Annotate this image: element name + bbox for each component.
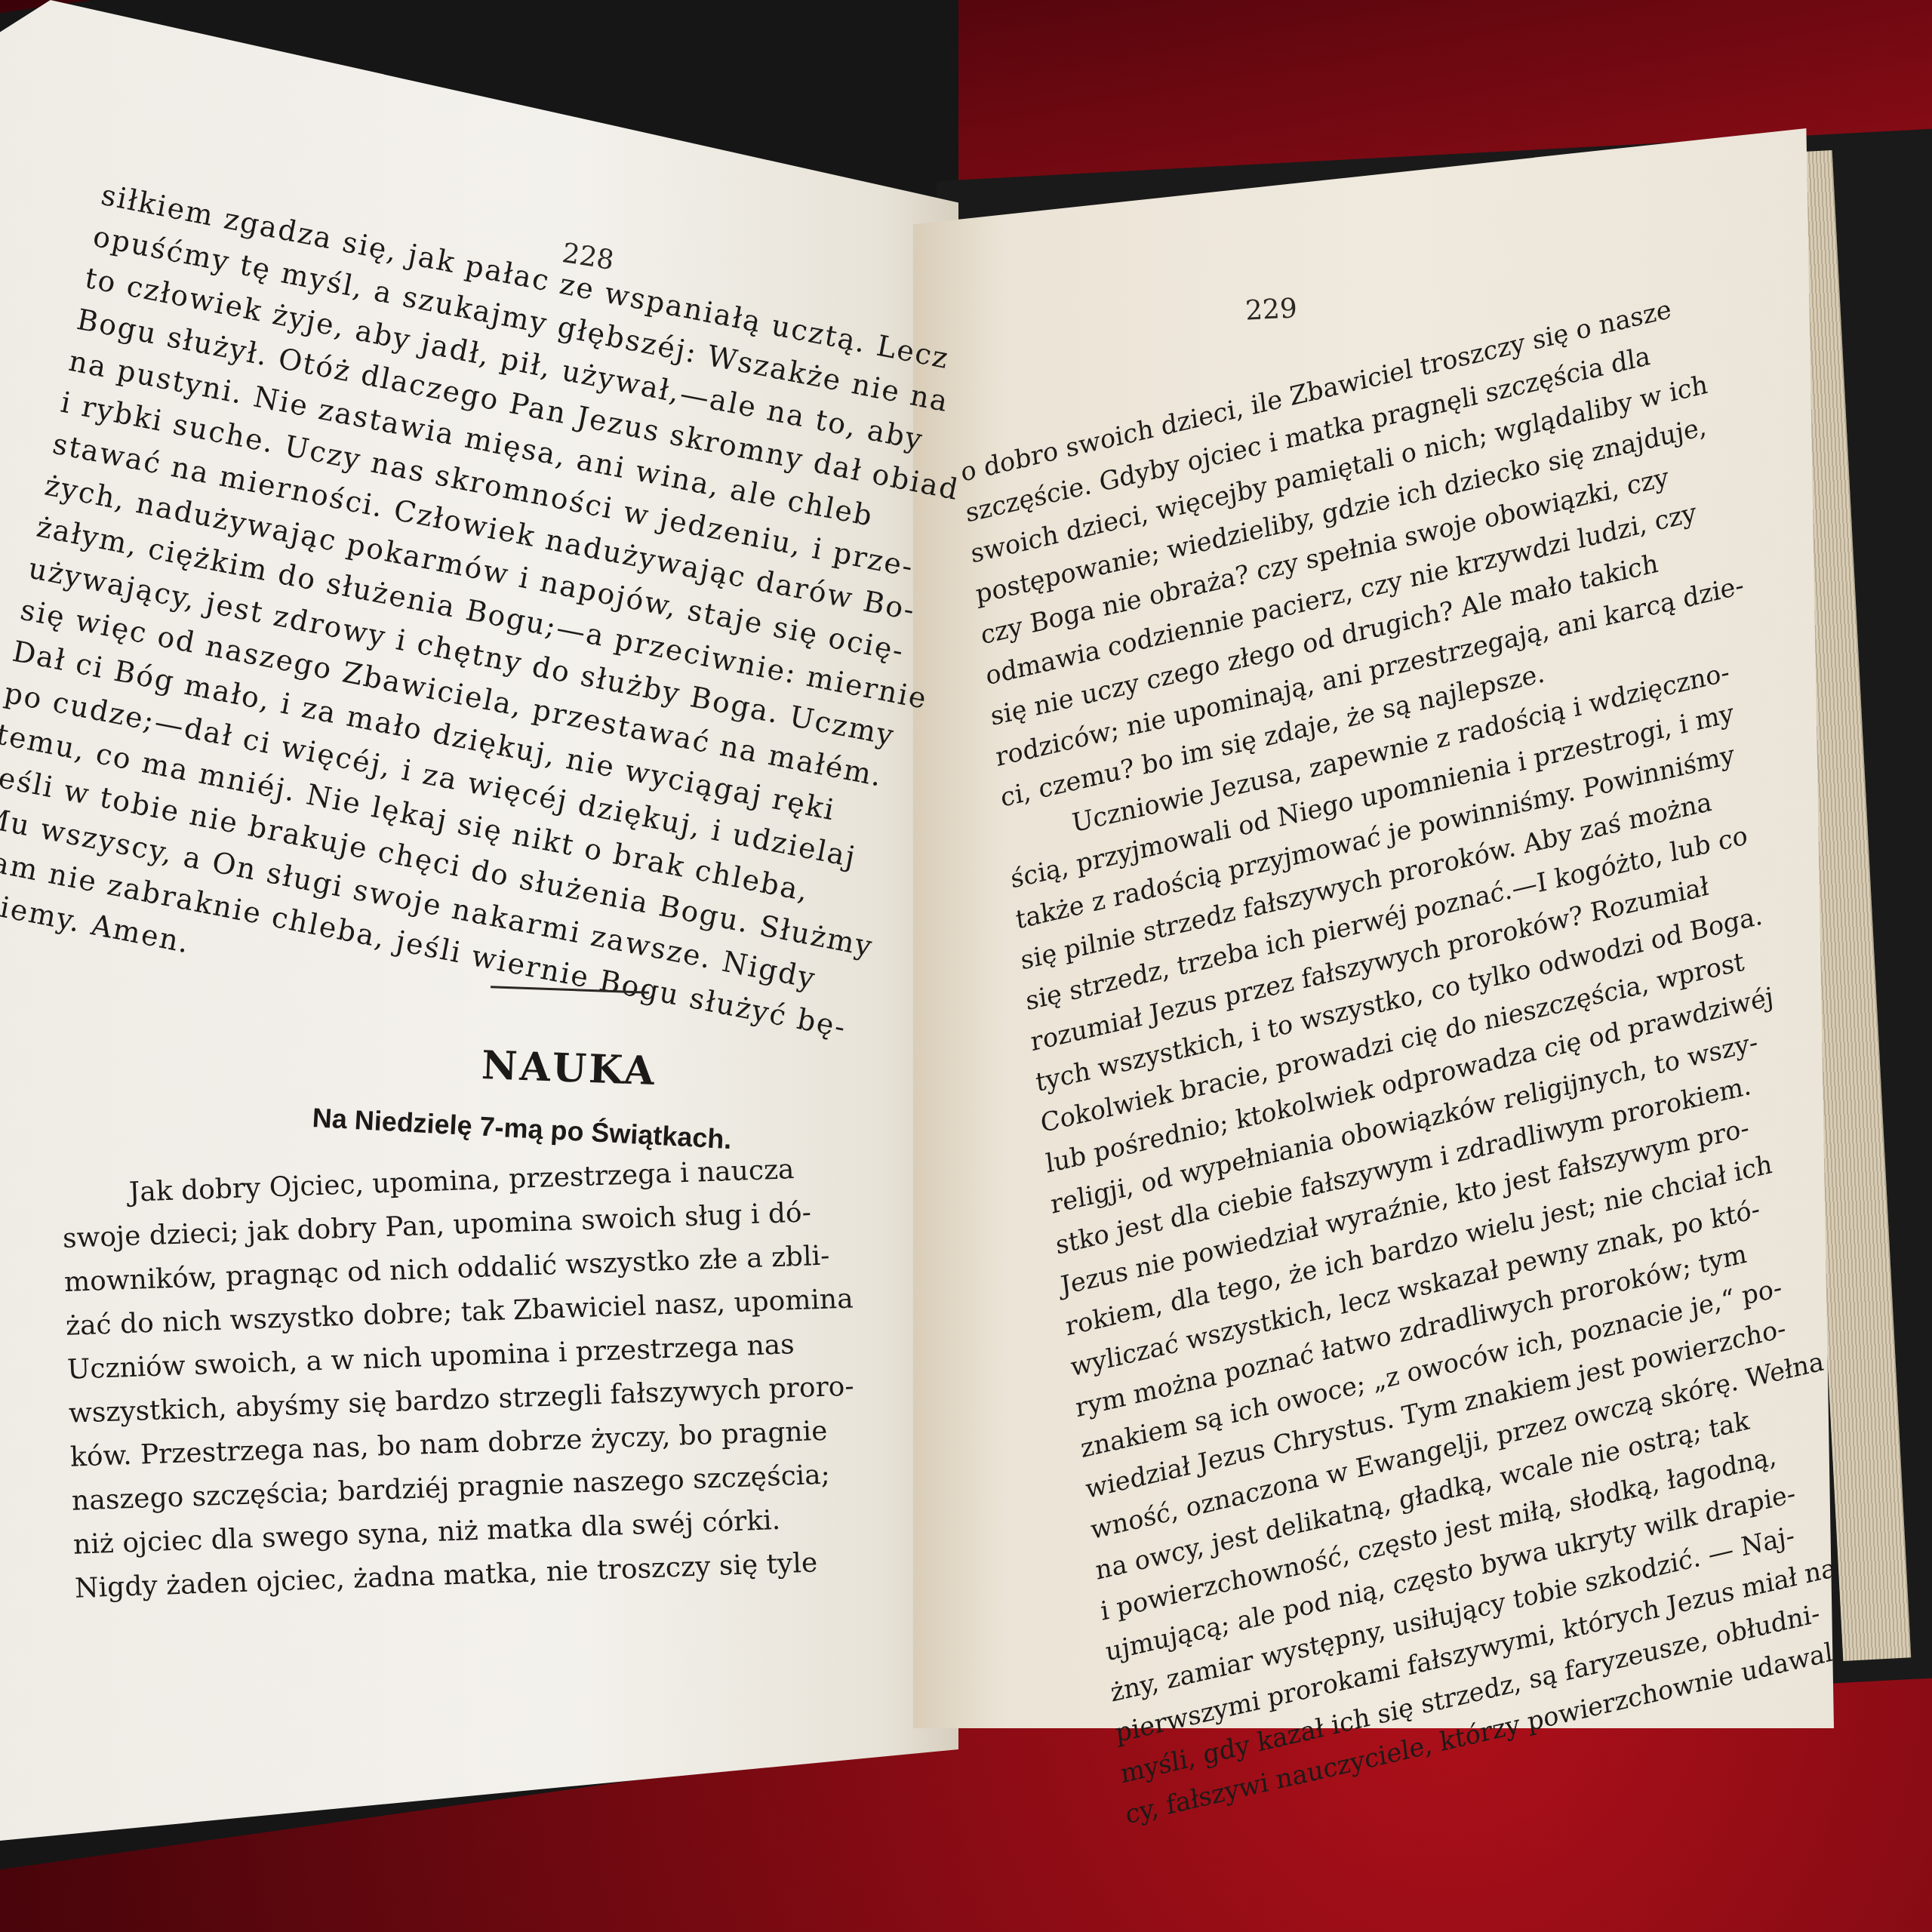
- left-page-bottom-text: Jak dobry Ojciec, upomina, przestrzega i…: [60, 1146, 863, 1611]
- open-book: 228 siłkiem zgadza się, jak pałac ze wsp…: [0, 0, 1932, 1932]
- section-heading: NAUKA: [481, 1042, 657, 1094]
- page-number-right: 229: [1244, 293, 1298, 327]
